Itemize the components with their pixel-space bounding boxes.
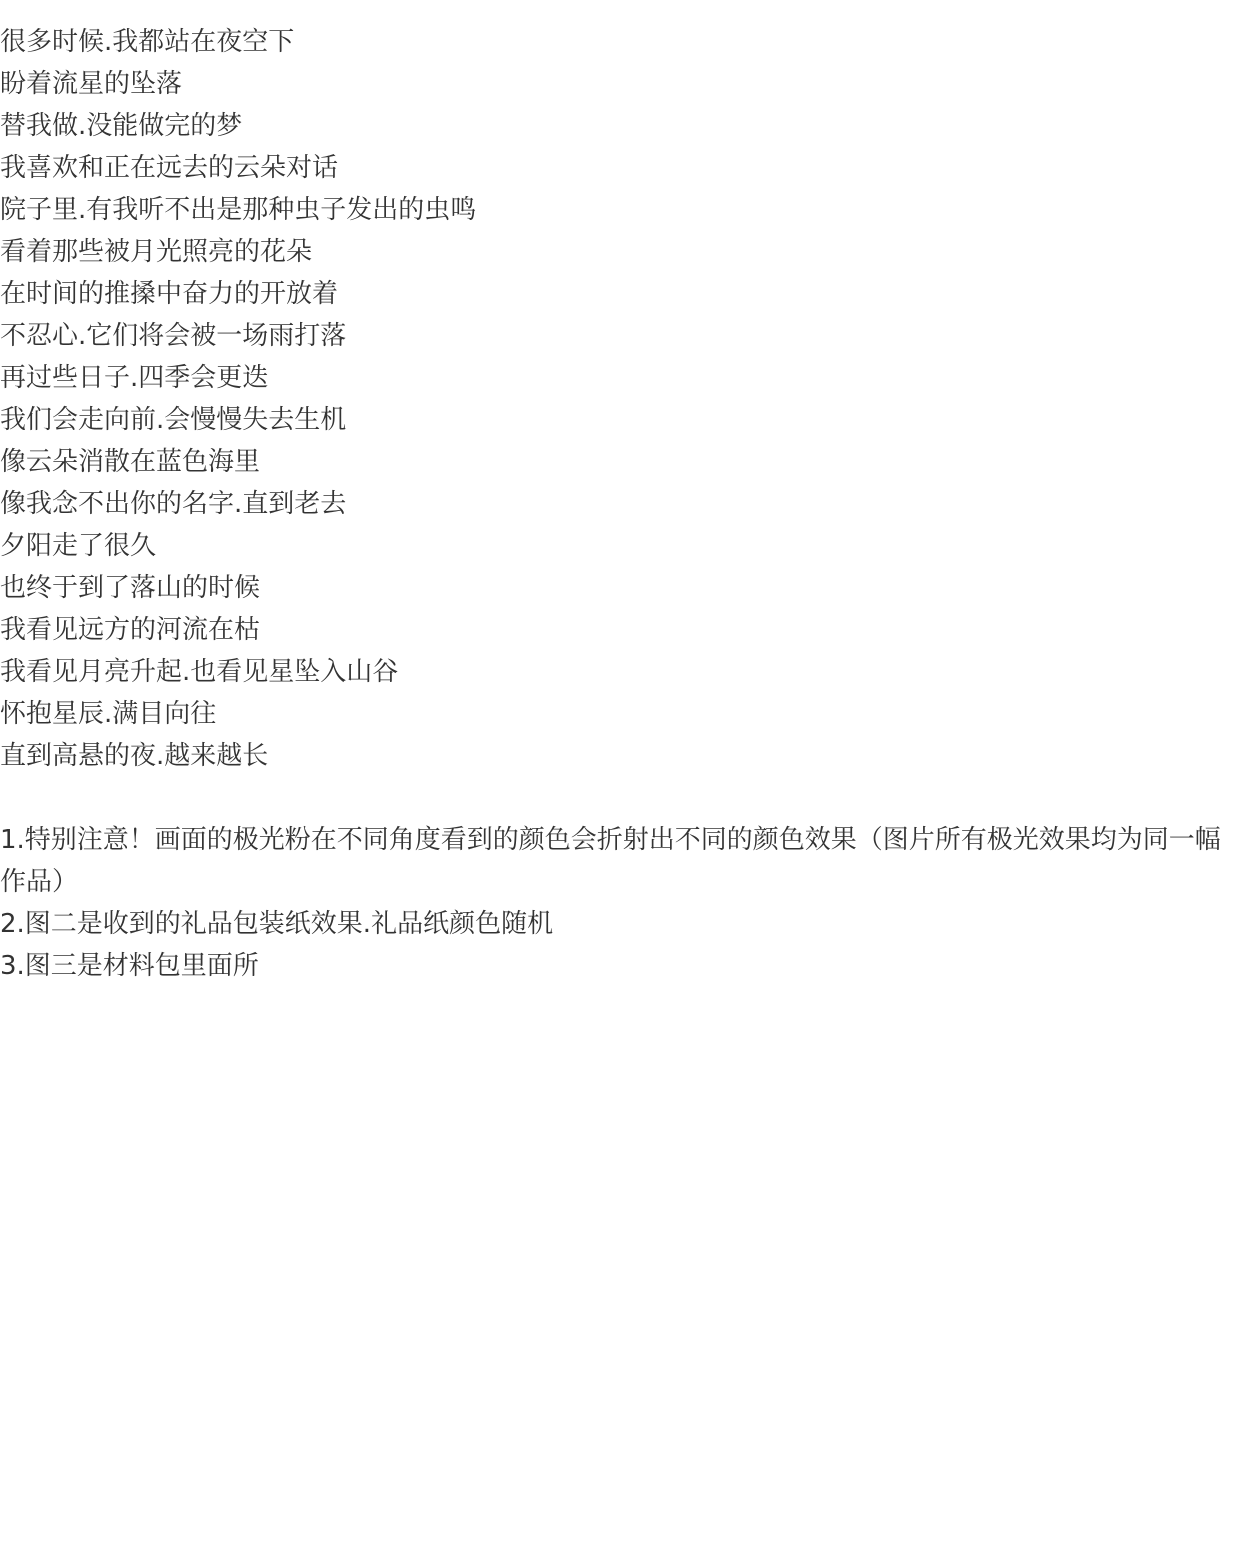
poem-line: 很多时候.我都站在夜空下 <box>0 21 1240 63</box>
paragraph-spacer <box>0 777 1240 819</box>
poem-line: 我看见月亮升起.也看见星坠入山谷 <box>0 651 1240 693</box>
note-item-3: 3.图三是材料包里面所 <box>0 945 1240 987</box>
poem-line: 我看见远方的河流在枯 <box>0 609 1240 651</box>
poem-block: 很多时候.我都站在夜空下 盼着流星的坠落 替我做.没能做完的梦 我喜欢和正在远去… <box>0 21 1240 777</box>
poem-line: 替我做.没能做完的梦 <box>0 105 1240 147</box>
poem-line: 也终于到了落山的时候 <box>0 567 1240 609</box>
note-item-2: 2.图二是收到的礼品包装纸效果.礼品纸颜色随机 <box>0 903 1240 945</box>
poem-line: 在时间的推搡中奋力的开放着 <box>0 273 1240 315</box>
poem-line: 盼着流星的坠落 <box>0 63 1240 105</box>
poem-line: 像我念不出你的名字.直到老去 <box>0 483 1240 525</box>
notes-block: 1.特别注意！画面的极光粉在不同角度看到的颜色会折射出不同的颜色效果（图片所有极… <box>0 819 1240 987</box>
poem-line: 再过些日子.四季会更迭 <box>0 357 1240 399</box>
poem-line: 我喜欢和正在远去的云朵对话 <box>0 147 1240 189</box>
poem-line: 看着那些被月光照亮的花朵 <box>0 231 1240 273</box>
poem-line: 不忍心.它们将会被一场雨打落 <box>0 315 1240 357</box>
product-description: 很多时候.我都站在夜空下 盼着流星的坠落 替我做.没能做完的梦 我喜欢和正在远去… <box>0 21 1240 987</box>
poem-line: 怀抱星辰.满目向往 <box>0 693 1240 735</box>
poem-line: 像云朵消散在蓝色海里 <box>0 441 1240 483</box>
poem-line: 夕阳走了很久 <box>0 525 1240 567</box>
note-item-1: 1.特别注意！画面的极光粉在不同角度看到的颜色会折射出不同的颜色效果（图片所有极… <box>0 819 1240 903</box>
poem-line: 院子里.有我听不出是那种虫子发出的虫鸣 <box>0 189 1240 231</box>
poem-line: 直到高悬的夜.越来越长 <box>0 735 1240 777</box>
poem-line: 我们会走向前.会慢慢失去生机 <box>0 399 1240 441</box>
